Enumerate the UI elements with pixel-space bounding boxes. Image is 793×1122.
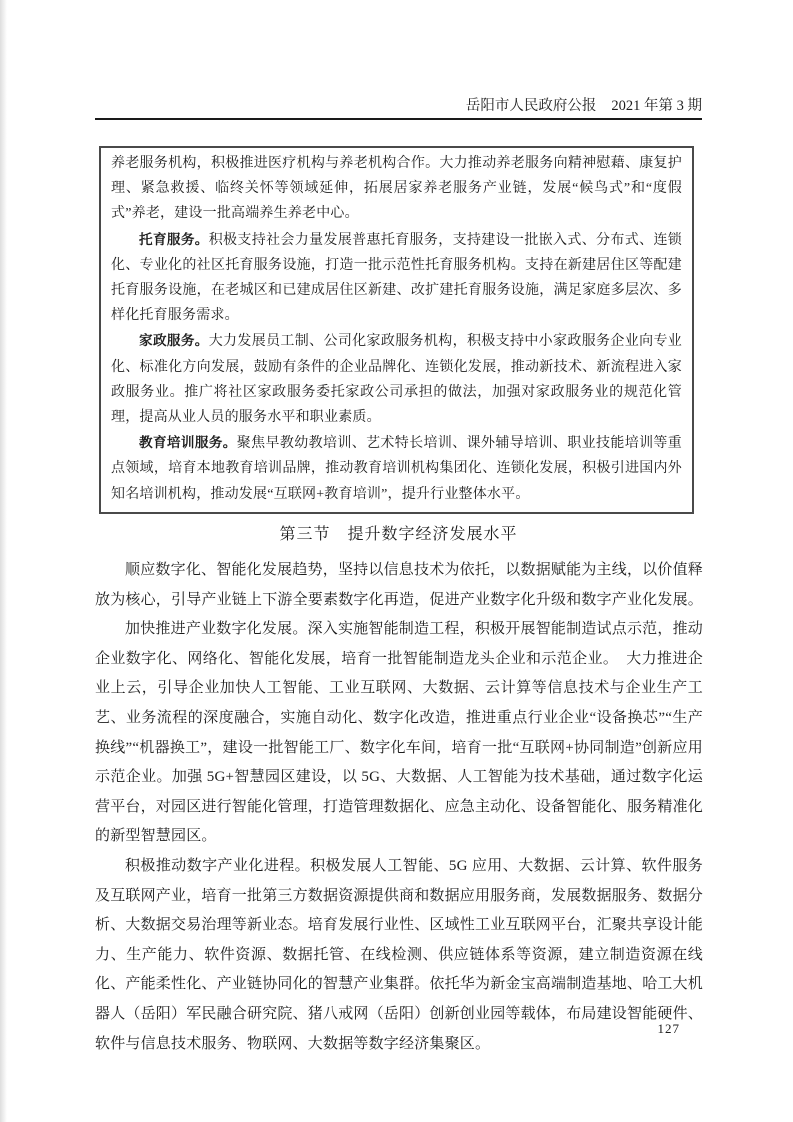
section-body: 顺应数字化、智能化发展趋势，坚持以信息技术为依托，以数据赋能为主线，以价值释放为… (95, 556, 703, 1059)
scan-edge-shadow (0, 0, 7, 1122)
paragraph-elderly-care: 养老服务机构，积极推进医疗机构与养老机构合作。大力推动养老服务向精神慰藉、康复护… (111, 151, 682, 227)
paragraph-education-training-service: 教育培训服务。聚焦早教幼教培训、艺术特长培训、课外辅导培训、职业技能培训等重点领… (111, 430, 682, 507)
paragraph-lead-housekeeping: 家政服务。 (139, 333, 209, 348)
publication-title: 岳阳市人民政府公报 (466, 98, 597, 114)
paragraph-lead-education: 教育培训服务。 (139, 435, 237, 450)
page-number: 127 (658, 1021, 681, 1037)
paragraph-childcare-service: 托育服务。积极支持社会力量发展普惠托育服务，支持建设一批嵌入式、分布式、连锁化、… (111, 227, 682, 329)
boxed-section: 养老服务机构，积极推进医疗机构与养老机构合作。大力推动养老服务向精神慰藉、康复护… (99, 146, 694, 514)
header-rule (95, 118, 702, 120)
paragraph-industry-digitalization: 加快推进产业数字化发展。深入实施智能制造工程，积极开展智能制造试点示范，推动企业… (95, 615, 703, 852)
page-header: 岳阳市人民政府公报2021 年第 3 期 (95, 96, 702, 116)
paragraph-lead-childcare: 托育服务。 (139, 232, 209, 247)
paragraph-digital-overview: 顺应数字化、智能化发展趋势，坚持以信息技术为依托，以数据赋能为主线，以价值释放为… (95, 556, 703, 615)
issue-label: 2021 年第 3 期 (611, 98, 702, 114)
paragraph-digital-industrialization: 积极推动数字产业化进程。积极发展人工智能、5G 应用、大数据、云计算、软件服务及… (95, 852, 703, 1059)
section-title: 第三节 提升数字经济发展水平 (95, 521, 702, 544)
paragraph-housekeeping-service: 家政服务。大力发展员工制、公司化家政服务机构，积极支持中小家政服务企业向专业化、… (111, 328, 682, 430)
